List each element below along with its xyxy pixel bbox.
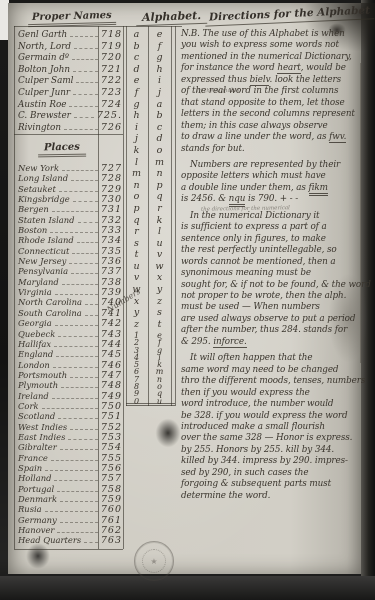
code-number: 722 xyxy=(101,75,122,86)
cipher-character: e xyxy=(148,29,171,41)
cipher-character: l xyxy=(148,226,171,238)
cipher-character: u xyxy=(125,261,148,273)
cipher-pair-row: 5k xyxy=(125,360,171,367)
leader-dashes xyxy=(85,304,98,305)
leader-dashes xyxy=(71,273,98,274)
cipher-character: h xyxy=(125,110,148,122)
page-curl-shadow xyxy=(361,0,375,600)
cipher-character: s xyxy=(125,238,148,250)
cipher-character: m xyxy=(148,367,171,374)
proper-name-row: North, Lord719 xyxy=(18,41,122,53)
place-row: East Indies753 xyxy=(18,432,122,442)
text-line: is sufficient to express a part of a xyxy=(181,222,359,233)
leader-dashes xyxy=(74,48,98,49)
cipher-pair-row: vx xyxy=(125,272,171,284)
cipher-pair-row: 6m xyxy=(125,367,171,374)
code-number: 761 xyxy=(101,515,122,526)
code-entry-label: Portsmouth xyxy=(18,370,67,380)
leader-dashes xyxy=(55,294,98,295)
cipher-character: b xyxy=(148,110,171,122)
code-number: 762 xyxy=(101,525,122,536)
paper-crease xyxy=(360,63,361,363)
cipher-character: j xyxy=(148,87,171,99)
text-line: word introduce, the number would xyxy=(181,399,359,410)
code-entry-label: England xyxy=(18,349,53,359)
code-number: 718 xyxy=(101,29,122,40)
code-number: 750 xyxy=(101,401,122,412)
leader-dashes xyxy=(52,211,98,212)
leader-dashes xyxy=(71,180,98,181)
leader-dashes xyxy=(42,408,98,409)
code-entry-label: France xyxy=(18,453,48,463)
code-number: 754 xyxy=(101,442,122,453)
cipher-pair-row: zt xyxy=(125,319,171,331)
cipher-character: o xyxy=(125,191,148,203)
cipher-character: n xyxy=(148,375,171,382)
code-number: 734 xyxy=(101,235,122,246)
cipher-character: v xyxy=(148,249,171,261)
cipher-pair-row: jd xyxy=(125,133,171,145)
cipher-pair-row: fj xyxy=(125,87,171,99)
place-row: Setauket729 xyxy=(18,184,122,194)
scan-bottom-margin xyxy=(0,576,375,600)
proper-name-row: Culper Junr723 xyxy=(18,87,122,99)
code-entry-label: Georgia xyxy=(18,318,52,328)
places-list: New York727Long Island728Setauket729King… xyxy=(18,163,122,546)
cipher-character: q xyxy=(148,191,171,203)
text-line: after the number, thus 284. stands for xyxy=(181,325,359,336)
cipher-character: 6 xyxy=(125,367,148,374)
code-entry-label: Quebeck xyxy=(18,329,55,339)
place-row: Holland757 xyxy=(18,473,122,483)
leader-dashes xyxy=(76,82,97,83)
code-number: 743 xyxy=(101,329,122,340)
proper-name-row: Rivington726 xyxy=(18,122,122,134)
stamp-inner-ring: ★ xyxy=(142,549,166,573)
cipher-character: y xyxy=(125,307,148,319)
place-row: Portsmouth747 xyxy=(18,370,122,380)
cipher-character: 7 xyxy=(125,375,148,382)
place-row: Head Quarters763 xyxy=(18,535,122,545)
code-entry-label: North Carolina xyxy=(18,297,82,307)
cipher-character: e xyxy=(148,331,171,338)
text-line: are used always observe to put a period xyxy=(181,314,359,325)
text-line: Numbers are represented by their xyxy=(181,160,359,171)
alphabet-right-rule xyxy=(171,26,172,406)
code-entry-label: Gibralter xyxy=(18,442,57,452)
cipher-character: 8 xyxy=(125,382,148,389)
text-line: is 2456. & nqu is 790. + - - xyxy=(181,194,359,205)
place-row: Hanover762 xyxy=(18,525,122,535)
cipher-pair-row: dh xyxy=(125,64,171,76)
code-entry-label: Hallifax xyxy=(18,339,51,349)
scanned-document-page: Proper Names Alphabet. Directions for th… xyxy=(0,0,375,600)
leader-dashes xyxy=(57,491,98,492)
cipher-pair-row: su xyxy=(125,238,171,250)
code-number: 736 xyxy=(101,256,122,267)
code-number: 738 xyxy=(101,277,122,288)
code-entry-label: Boston xyxy=(18,225,47,235)
alphabet-digit-pairs: 1e2f3g4i5k6m7n8o9q0u xyxy=(125,331,171,404)
cipher-character: k xyxy=(148,215,171,227)
cipher-character: a xyxy=(148,99,171,111)
directions-left-rule xyxy=(175,26,176,406)
place-row: Kingsbridge730 xyxy=(18,194,122,204)
number-right-rule xyxy=(123,26,124,549)
cipher-pair-row: tv xyxy=(125,249,171,261)
leader-dashes xyxy=(77,242,98,243)
cipher-character: b xyxy=(125,41,148,53)
code-entry-label: South Carolina xyxy=(18,308,82,318)
cipher-character: l xyxy=(125,157,148,169)
cipher-character: t xyxy=(125,249,148,261)
table-bottom-rule xyxy=(14,549,123,550)
code-number: 725. xyxy=(97,110,122,121)
cipher-character: w xyxy=(148,261,171,273)
proper-name-row: Bolton John721 xyxy=(18,64,122,76)
cipher-character: 2 xyxy=(125,338,148,345)
cipher-character: d xyxy=(125,64,148,76)
code-number: 752 xyxy=(101,422,122,433)
code-entry-label: Bergen xyxy=(18,204,49,214)
manuscript-paper: Proper Names Alphabet. Directions for th… xyxy=(8,3,361,574)
code-number: 758 xyxy=(101,484,122,495)
place-row: Scotland751 xyxy=(18,411,122,421)
code-entry-label: Culper Saml xyxy=(18,76,73,86)
cipher-pair-row: 9q xyxy=(125,389,171,396)
proper-name-row: Germain dº720 xyxy=(18,52,122,64)
cipher-character: m xyxy=(125,168,148,180)
code-number: 746 xyxy=(101,360,122,371)
interline-note-alphabet: of the Alphabet xyxy=(197,88,240,95)
cipher-pair-row: qk xyxy=(125,215,171,227)
cipher-character: p xyxy=(125,203,148,215)
leader-dashes xyxy=(68,439,97,440)
leader-dashes xyxy=(61,387,98,388)
leader-dashes xyxy=(51,460,98,461)
leader-dashes xyxy=(54,346,98,347)
text-line: not proper to be wrote, then the alph. xyxy=(181,291,359,302)
code-entry-label: Staten Island xyxy=(18,215,75,225)
leader-dashes xyxy=(60,501,98,502)
place-row: Denmark759 xyxy=(18,494,122,504)
code-number: 733 xyxy=(101,225,122,236)
ink-blot xyxy=(26,543,50,569)
place-row: Spain756 xyxy=(18,463,122,473)
leader-dashes xyxy=(54,480,97,481)
leader-dashes xyxy=(69,263,97,264)
code-entry-label: Spain xyxy=(18,463,42,473)
cipher-pair-row: ko xyxy=(125,145,171,157)
leader-dashes xyxy=(73,201,98,202)
cipher-character: a xyxy=(125,29,148,41)
text-line: for instance the word heart, would be xyxy=(181,63,359,74)
leader-dashes xyxy=(74,117,94,118)
place-row: Long Island728 xyxy=(18,173,122,183)
cipher-character: n xyxy=(148,168,171,180)
code-number: 721 xyxy=(101,64,122,75)
code-entry-label: East Indies xyxy=(18,432,65,442)
cipher-character: k xyxy=(125,145,148,157)
cipher-pair-row: cg xyxy=(125,52,171,64)
code-number: 759 xyxy=(101,494,122,505)
code-number: 728 xyxy=(101,173,122,184)
code-number: 751 xyxy=(101,411,122,422)
names-column-header: Proper Names xyxy=(28,10,116,27)
cipher-pair-row: lm xyxy=(125,157,171,169)
text-line: & 295. inforce. xyxy=(181,337,359,348)
code-entry-label: C. Brewster xyxy=(18,111,71,121)
code-entry-label: New York xyxy=(18,163,59,173)
code-number: 760 xyxy=(101,504,122,515)
ink-blot xyxy=(155,418,181,448)
code-number: 724 xyxy=(101,99,122,110)
cipher-character: x xyxy=(148,272,171,284)
code-number: 731 xyxy=(101,204,122,215)
text-line: synonimous meaning must be xyxy=(181,268,359,279)
text-line: sought for, & if not to be found, & the … xyxy=(181,280,359,291)
proper-names-list: Genl Garth718North, Lord719Germain dº720… xyxy=(18,29,122,133)
text-line: N.B. The use of this Alphabet is when xyxy=(181,29,359,40)
cipher-character: 3 xyxy=(125,346,148,353)
cipher-pair-row: ic xyxy=(125,122,171,134)
code-entry-label: Virginia xyxy=(18,287,52,297)
text-line: stands for but. xyxy=(181,144,359,155)
text-line: thro the different moods, tenses, number… xyxy=(181,376,359,387)
cipher-character: f xyxy=(125,87,148,99)
leader-dashes xyxy=(85,315,98,316)
place-row: Portugal758 xyxy=(18,484,122,494)
text-line: must be used — When numbers xyxy=(181,302,359,313)
place-row: Maryland738 xyxy=(18,277,122,287)
cipher-character: c xyxy=(125,52,148,64)
code-entry-label: Holland xyxy=(18,473,51,483)
text-line: then if you would express the xyxy=(181,388,359,399)
leader-dashes xyxy=(62,284,98,285)
leader-dashes xyxy=(70,377,98,378)
text-line: over the same 328 — Honor is express. xyxy=(181,433,359,444)
code-entry-label: London xyxy=(18,360,50,370)
code-number: 742 xyxy=(101,318,122,329)
place-row: Hallifax744 xyxy=(18,339,122,349)
cipher-character: i xyxy=(125,122,148,134)
cipher-pair-row: np xyxy=(125,180,171,192)
code-entry-label: Hanover xyxy=(18,525,54,535)
cipher-pair-row: 7n xyxy=(125,375,171,382)
text-line: killed by 344. impress by 290. impres- xyxy=(181,456,359,467)
alphabet-column-header: Alphabet. xyxy=(136,9,208,26)
directions-paragraph: In the numerical Dictionary itis suffici… xyxy=(181,211,359,348)
cipher-pair-row: 4i xyxy=(125,353,171,360)
cipher-pair-row: rl xyxy=(125,226,171,238)
code-number: 749 xyxy=(101,391,122,402)
leader-dashes xyxy=(62,170,98,171)
place-row: London746 xyxy=(18,360,122,370)
code-number: 745 xyxy=(101,349,122,360)
leader-dashes xyxy=(73,94,98,95)
place-row: Bergen731 xyxy=(18,204,122,214)
cipher-character: r xyxy=(148,203,171,215)
code-number: 729 xyxy=(101,184,122,195)
cipher-character: 0 xyxy=(125,397,148,404)
code-entry-label: Setauket xyxy=(18,184,56,194)
cipher-character: g xyxy=(125,99,148,111)
cipher-pair-row: bf xyxy=(125,41,171,53)
cipher-pair-row: 1e xyxy=(125,331,171,338)
code-number: 723 xyxy=(101,87,122,98)
leader-dashes xyxy=(58,418,98,419)
code-entry-label: Austin Roe xyxy=(18,100,66,110)
code-entry-label: Kingsbridge xyxy=(18,194,70,204)
code-entry-label: Connecticut xyxy=(18,246,69,256)
leader-dashes xyxy=(55,325,98,326)
cipher-character: h xyxy=(148,64,171,76)
code-entry-label: Germain dº xyxy=(18,53,69,63)
place-row: Germany761 xyxy=(18,515,122,525)
code-number: 753 xyxy=(101,432,122,443)
place-row: Gibralter754 xyxy=(18,442,122,452)
cipher-pair-row: 3g xyxy=(125,346,171,353)
code-entry-label: Plymouth xyxy=(18,380,58,390)
code-entry-label: Ireland xyxy=(18,391,49,401)
cipher-pair-row: oq xyxy=(125,191,171,203)
place-row: Boston733 xyxy=(18,225,122,235)
text-line: words cannot be mentioned, then a xyxy=(181,257,359,268)
code-entry-label: New Jersey xyxy=(18,256,66,266)
cipher-character: q xyxy=(148,389,171,396)
text-line: you wish to express some words not xyxy=(181,40,359,51)
cipher-character: d xyxy=(148,133,171,145)
leader-dashes xyxy=(78,222,98,223)
names-places-divider xyxy=(14,134,123,135)
leader-dashes xyxy=(53,367,98,368)
cipher-character: i xyxy=(148,353,171,360)
cipher-character: e xyxy=(125,75,148,87)
leader-dashes xyxy=(57,532,97,533)
text-line: the rest perfectly unintellegable, so xyxy=(181,245,359,256)
stamp-eagle-glyph: ★ xyxy=(150,557,157,566)
place-row: Georgia742 xyxy=(18,318,122,328)
cipher-pair-row: 8o xyxy=(125,382,171,389)
cipher-character: u xyxy=(148,397,171,404)
cipher-pair-row: mn xyxy=(125,168,171,180)
place-row: New Jersey736 xyxy=(18,256,122,266)
code-number: 730 xyxy=(101,194,122,205)
places-header: Places xyxy=(38,142,86,158)
code-entry-label: Bolton John xyxy=(18,65,70,75)
leader-dashes xyxy=(72,253,97,254)
cipher-character: v xyxy=(125,272,148,284)
leader-dashes xyxy=(58,336,98,337)
cipher-character: m xyxy=(148,157,171,169)
cipher-character: k xyxy=(148,360,171,367)
code-entry-label: Rusia xyxy=(18,504,42,514)
proper-name-row: C. Brewster725. xyxy=(18,110,122,122)
leader-dashes xyxy=(56,356,98,357)
cipher-pair-row: ys xyxy=(125,307,171,319)
cipher-pair-row: uw xyxy=(125,261,171,273)
cipher-character: 5 xyxy=(125,360,148,367)
cipher-character: i xyxy=(148,75,171,87)
text-line: that stand opposite to them, let those xyxy=(181,98,359,109)
place-row: France755 xyxy=(18,453,122,463)
cipher-character: o xyxy=(148,382,171,389)
code-entry-label: Denmark xyxy=(18,494,57,504)
directions-paragraph: It will often happen that thesame word m… xyxy=(181,353,359,502)
cipher-pair-row: ae xyxy=(125,29,171,41)
leader-dashes xyxy=(64,129,98,130)
text-line: same word may need to be changed xyxy=(181,365,359,376)
place-row: Quebeck743 xyxy=(18,329,122,339)
cipher-character: q xyxy=(125,215,148,227)
code-number: 719 xyxy=(101,41,122,52)
text-line: determine the word. xyxy=(181,491,359,502)
leader-dashes xyxy=(45,470,98,471)
code-entry-label: North, Lord xyxy=(18,42,71,52)
proper-name-row: Culper Saml722 xyxy=(18,75,122,87)
cipher-character: s xyxy=(148,307,171,319)
table-left-rule xyxy=(14,26,15,549)
code-number: 747 xyxy=(101,370,122,381)
leader-dashes xyxy=(60,449,98,450)
cipher-pair-row: ei xyxy=(125,75,171,87)
cipher-pair-row: 0u xyxy=(125,397,171,404)
proper-name-row: Genl Garth718 xyxy=(18,29,122,41)
code-entry-label: Culper Junr xyxy=(18,88,70,98)
text-line: introduced make a small flourish xyxy=(181,422,359,433)
text-line: by 255. Honors by 255. kill by 344. xyxy=(181,445,359,456)
code-number: 756 xyxy=(101,463,122,474)
place-row: Staten Island732 xyxy=(18,215,122,225)
place-row: Pensylvania737 xyxy=(18,266,122,276)
cipher-character: g xyxy=(148,346,171,353)
code-entry-label: Portugal xyxy=(18,484,54,494)
text-line: sentence only in figures, to make xyxy=(181,234,359,245)
code-number: 755 xyxy=(101,453,122,464)
code-number: 757 xyxy=(101,473,122,484)
cipher-character: f xyxy=(148,338,171,345)
code-entry-label: Germany xyxy=(18,515,57,525)
leader-dashes xyxy=(69,106,97,107)
code-entry-label: Scotland xyxy=(18,411,55,421)
cipher-pair-row: hb xyxy=(125,110,171,122)
leader-dashes xyxy=(84,542,98,543)
code-entry-label: Maryland xyxy=(18,277,59,287)
place-row: England745 xyxy=(18,349,122,359)
code-number: 737 xyxy=(101,266,122,277)
place-row: Rusia760 xyxy=(18,504,122,514)
text-line: mentioned in the numerical Dictionary, xyxy=(181,52,359,63)
text-line: letters in the second columns represent xyxy=(181,109,359,120)
leader-dashes xyxy=(70,36,98,37)
place-row: Ireland749 xyxy=(18,391,122,401)
cipher-character: z xyxy=(125,319,148,331)
cipher-character: g xyxy=(148,52,171,64)
text-line: a double line under them, as fikm xyxy=(181,183,359,194)
leader-dashes xyxy=(73,71,98,72)
code-entry-label: Genl Garth xyxy=(18,30,67,40)
code-entry-label: Head Quarters xyxy=(18,535,81,545)
cipher-character: 1 xyxy=(125,331,148,338)
text-line: forgoing & subsequent parts must xyxy=(181,479,359,490)
cipher-pair-row: pr xyxy=(125,203,171,215)
code-number: 748 xyxy=(101,380,122,391)
cipher-character: r xyxy=(125,226,148,238)
code-number: 739 xyxy=(101,287,122,298)
text-line: to draw a line under the word, as fwv. xyxy=(181,132,359,143)
cipher-character: t xyxy=(148,319,171,331)
directions-text: N.B. The use of this Alphabet is whenyou… xyxy=(181,29,359,507)
